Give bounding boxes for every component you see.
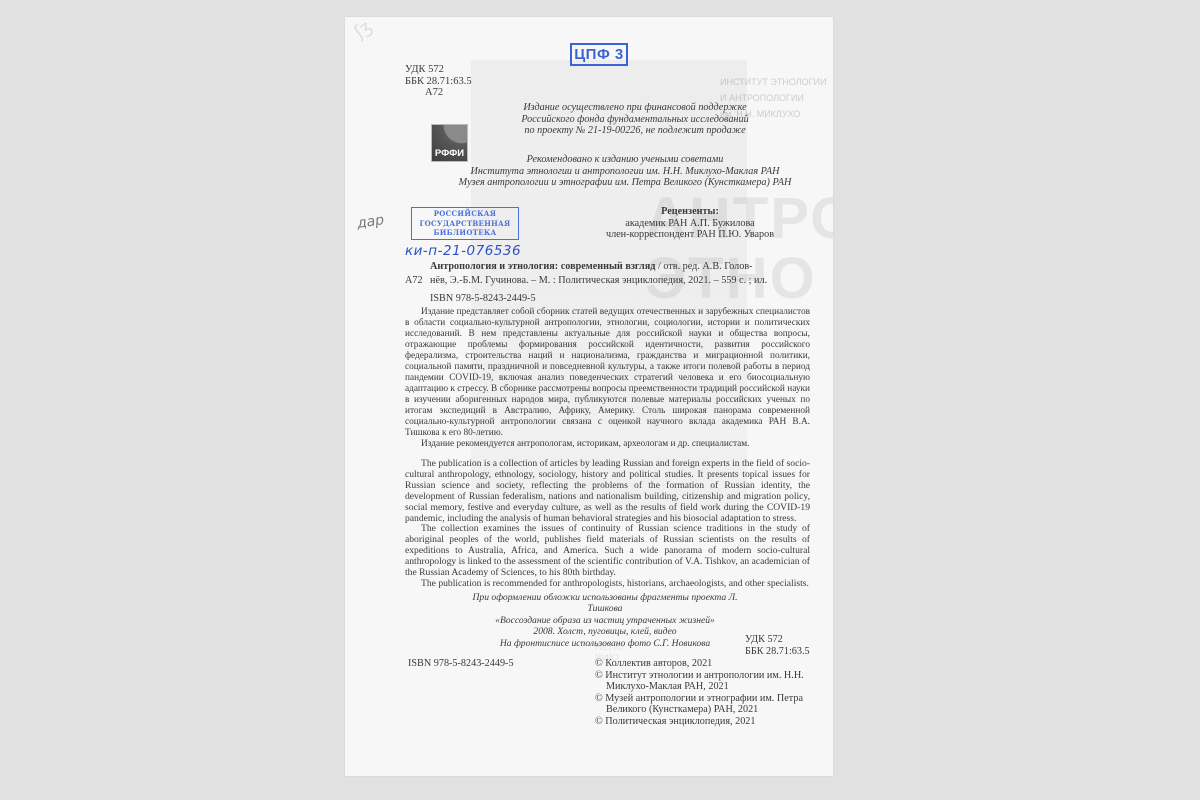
recommended-note: Рекомендовано к изданию учеными советами…: [445, 154, 805, 189]
abstract-ru-paragraph: Издание представляет собой сборник стате…: [405, 307, 810, 439]
copyright-line: © Политическая энциклопедия, 2021: [595, 716, 815, 728]
abstract-ru-paragraph: Издание рекомендуется антропологам, исто…: [405, 439, 810, 450]
isbn: ISBN 978-5-8243-2449-5: [405, 293, 825, 305]
cpf-stamp: ЦПФ 3: [570, 43, 628, 66]
funding-note: Издание осуществлено при финансовой подд…: [495, 102, 775, 137]
copyright-line: © Музей антропологии и этнографии им. Пе…: [595, 693, 815, 716]
book-title: Антропология и этнология: современный вз…: [430, 261, 655, 272]
library-stamp-line: ГОСУДАРСТВЕННАЯ: [412, 219, 518, 229]
cover-note-line: При оформлении обложки использованы фраг…: [455, 592, 755, 615]
author-mark: А72: [405, 87, 472, 99]
handwritten-inventory-number: ки-п-21-076536: [405, 243, 521, 259]
author-mark-bib: А72: [405, 275, 430, 287]
bbk-code: ББК 28.71:63.5: [405, 76, 472, 88]
bibliographic-line2: нёв, Э.-Б.М. Гучинова. – М. : Политическ…: [430, 275, 767, 286]
footer-isbn: ISBN 978-5-8243-2449-5: [408, 658, 514, 670]
cover-note: При оформлении обложки использованы фраг…: [455, 592, 755, 649]
funding-line: Издание осуществлено при финансовой подд…: [495, 102, 775, 114]
library-stamp: РОССИЙСКАЯ ГОСУДАРСТВЕННАЯ БИБЛИОТЕКА: [411, 207, 519, 240]
funding-line: Российского фонда фундаментальных исслед…: [495, 114, 775, 126]
library-stamp-line: БИБЛИОТЕКА: [412, 228, 518, 238]
funding-line: по проекту № 21-19-00226, не подлежит пр…: [495, 125, 775, 137]
classification-codes: УДК 572 ББК 28.71:63.5 А72: [405, 64, 472, 99]
reviewers: Рецензенты: академик РАН А.П. Бужилова ч…: [580, 206, 800, 241]
copyright-line: © Институт этнологии и антропологии им. …: [595, 670, 815, 693]
recommended-line: Музея антропологии и этнографии им. Петр…: [445, 177, 805, 189]
abstract-en-paragraph: The collection examines the issues of co…: [405, 524, 810, 579]
copyright-list: © Коллектив авторов, 2021 © Институт этн…: [595, 658, 815, 728]
library-stamp-line: РОССИЙСКАЯ: [412, 209, 518, 219]
abstract-en-paragraph: The publication is a collection of artic…: [405, 459, 810, 524]
reviewer-name: член-корреспондент РАН П.Ю. Уваров: [580, 229, 800, 241]
recommended-line: Рекомендовано к изданию учеными советами: [445, 154, 805, 166]
cover-note-line: 2008. Холст, пуговицы, клей, видео: [455, 626, 755, 637]
abstract-english: The publication is a collection of artic…: [405, 459, 810, 590]
pencil-mark: ʃʒ: [350, 17, 376, 43]
copyright-line: © Коллектив авторов, 2021: [595, 658, 815, 670]
footer-bbk: ББК 28.71:63.5: [745, 646, 810, 658]
scanned-page: АНТРОЭТНО ИНСТИТУТ ЭТНОЛОГИИИ АНТРОПОЛОГ…: [345, 17, 833, 776]
reviewer-name: академик РАН А.П. Бужилова: [580, 218, 800, 230]
abstract-en-paragraph: The publication is recommended for anthr…: [405, 579, 810, 590]
bibliographic-record: Антропология и этнология: современный вз…: [405, 261, 825, 305]
recommended-line: Института этнологии и антропологии им. Н…: [445, 166, 805, 178]
footer-udk: УДК 572: [745, 634, 810, 646]
udk-code: УДК 572: [405, 64, 472, 76]
abstract-russian: Издание представляет собой сборник стате…: [405, 307, 810, 450]
reviewers-heading: Рецензенты:: [580, 206, 800, 218]
cover-note-line: «Воссоздание образа из частиц утраченных…: [455, 615, 755, 626]
bibliographic-line1: / отв. ред. А.В. Голов-: [655, 261, 752, 272]
footer-codes: УДК 572 ББК 28.71:63.5: [745, 634, 810, 657]
handwritten-gift-mark: дар: [356, 212, 385, 232]
cpf-stamp-text: ЦПФ 3: [574, 46, 624, 63]
